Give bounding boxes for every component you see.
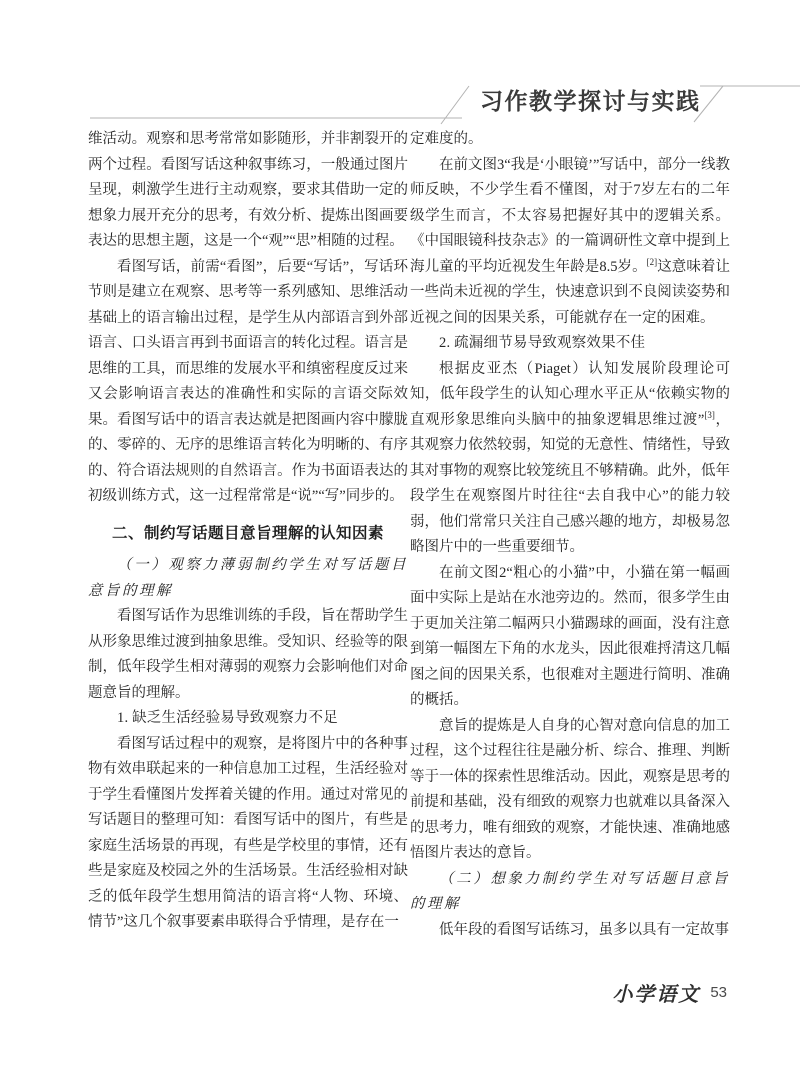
body-paragraph: 看图写话作为思维训练的手段，旨在帮助学生从形象思维过渡到抽象思维。受知识、经验等… xyxy=(88,604,408,706)
subsection-heading: （一）观察力薄弱制约学生对写话题目意旨的理解 xyxy=(88,553,408,604)
journal-page: 习作教学探讨与实践 维活动。观察和思考常常如影随形，并非割裂开的两个过程。看图写… xyxy=(0,0,800,1077)
numbered-point: 2. 疏漏细节易导致观察效果不佳 xyxy=(410,331,730,357)
body-paragraph: 看图写话，前需“看图”，后要“写话”，写话环节则是建立在观察、思考等一系列感知、… xyxy=(88,255,408,510)
paragraph-text: 根据皮亚杰（Piaget）认知发展阶段理论可知，低年段学生的认知心理水平正从“依… xyxy=(410,361,730,428)
page-footer: 小学语文 53 xyxy=(612,977,727,1007)
numbered-point: 1. 缺乏生活经验易导致观察力不足 xyxy=(88,706,408,732)
body-paragraph: 在前文图2“粗心的小猫”中，小猫在第一幅画面中实际上是站在水池旁边的。然而，很多… xyxy=(410,561,730,714)
body-paragraph: 定难度的。 xyxy=(410,127,730,153)
body-paragraph: 根据皮亚杰（Piaget）认知发展阶段理论可知，低年段学生的认知心理水平正从“依… xyxy=(410,357,730,561)
journal-name: 小学语文 xyxy=(612,978,700,1007)
subsection-heading: （二）想象力制约学生对写话题目意旨的理解 xyxy=(410,867,730,918)
body-paragraph: 在前文图3“我是‘小眼镜’”写话中，部分一线教师反映，不少学生看不懂图，对于7岁… xyxy=(410,153,730,332)
paragraph-text: 在前文图3“我是‘小眼镜’”写话中，部分一线教师反映，不少学生看不懂图，对于7岁… xyxy=(410,157,730,275)
page-number: 53 xyxy=(710,984,727,1001)
section-heading: 二、制约写话题目意旨理解的认知因素 xyxy=(88,521,408,547)
body-paragraph: 意旨的提炼是人自身的心智对意向信息的加工过程，这个过程往往是融分析、综合、推理、… xyxy=(410,714,730,867)
left-column: 维活动。观察和思考常常如影随形，并非割裂开的两个过程。看图写话这种叙事练习，一般… xyxy=(88,127,408,936)
paragraph-text: ，其观察力依然较弱，知觉的无意性、情绪性，导致其对事物的观察比较笼统且不够精确。… xyxy=(410,412,730,556)
reference-marker: [2] xyxy=(647,257,658,267)
body-paragraph: 维活动。观察和思考常常如影随形，并非割裂开的两个过程。看图写话这种叙事练习，一般… xyxy=(88,127,408,255)
reference-marker: [3] xyxy=(704,410,715,420)
body-paragraph: 低年段的看图写话练习，虽多以具有一定故事 xyxy=(410,918,730,944)
running-head-title: 习作教学探讨与实践 xyxy=(480,83,701,116)
body-paragraph: 看图写话过程中的观察，是将图片中的各种事物有效串联起来的一种信息加工过程，生活经… xyxy=(88,732,408,936)
right-column: 定难度的。 在前文图3“我是‘小眼镜’”写话中，部分一线教师反映，不少学生看不懂… xyxy=(410,127,730,943)
